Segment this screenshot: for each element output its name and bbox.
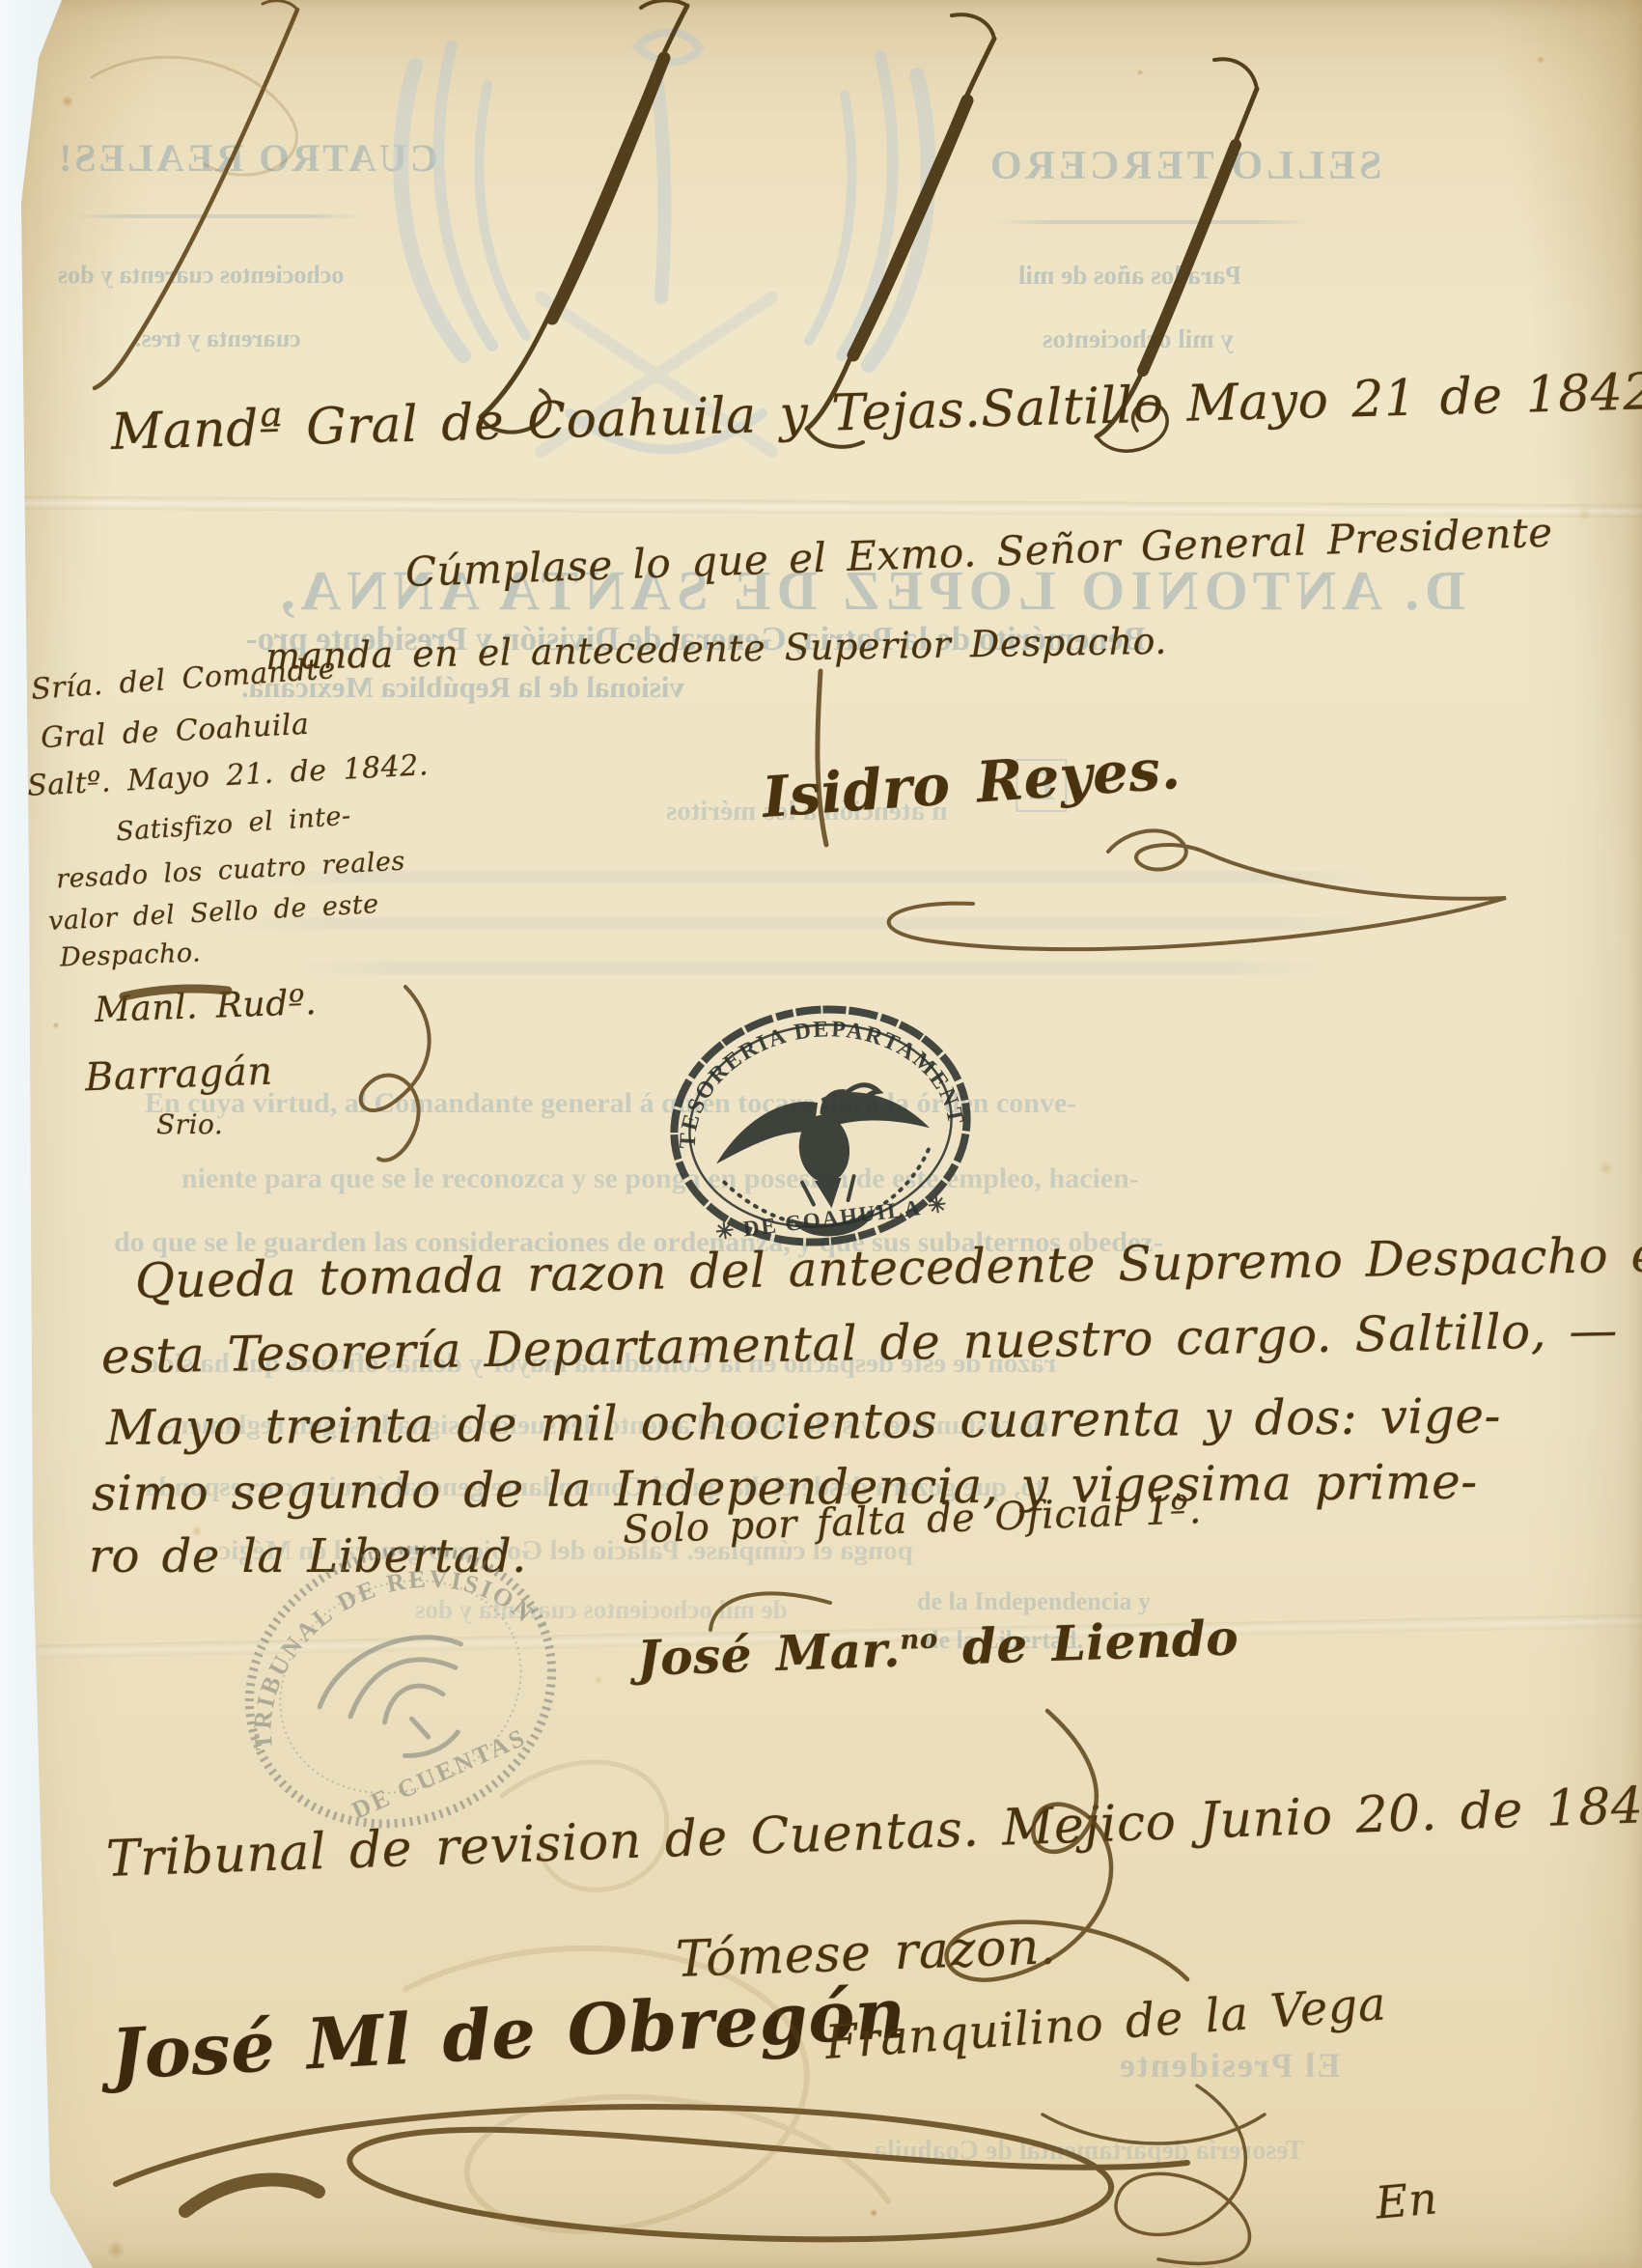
treasury-note-line-3: Mayo treinta de mil ochocientos cuarenta… bbox=[106, 1387, 1501, 1456]
scanned-document-stage: CUATRO REALES! ochocientos cuarenta y do… bbox=[0, 0, 1642, 2268]
ghost-doodle-top-left bbox=[92, 57, 296, 175]
tomese-razon-line: Tómese razon. bbox=[675, 1918, 1057, 1989]
bleedthrough-cuatro-sub2: cuarenta y tres. bbox=[135, 324, 301, 353]
tribunal-stamp-arc-text: TRIBUNAL DE REVISION bbox=[205, 1516, 549, 1759]
liendo-signature-superscript: no bbox=[900, 1623, 938, 1655]
barragan-signature-line-3: Srio. bbox=[156, 1108, 223, 1140]
bleedthrough-rule-right bbox=[994, 220, 1313, 224]
bleedthrough-sello-tercero-title: SELLO TERCERO bbox=[987, 143, 1382, 189]
barragan-signature-line-2: Barragán bbox=[84, 1050, 273, 1101]
q-descender-stroke bbox=[818, 671, 826, 845]
bleedthrough-el-presidente: El Presidente bbox=[1118, 2045, 1340, 2086]
cumplase-line-2: manda en el antecedente Superior Despach… bbox=[265, 620, 1168, 678]
pen-slash-1 bbox=[95, 1, 297, 388]
reyes-rubric bbox=[889, 830, 1506, 949]
margin-office-line-1: Sría. del Comandte bbox=[30, 652, 337, 707]
margin-fee-note-line-1: Satisfizo el inte- bbox=[115, 801, 351, 848]
underpage-independencia: de la Independencia y bbox=[917, 1587, 1151, 1616]
pen-slash-2 bbox=[481, 0, 687, 432]
bleedthrough-body-line-3: to, que gozará desde el dia que el Coman… bbox=[145, 1471, 1044, 1503]
liendo-signature: José Mar.no de Liendo bbox=[636, 1609, 1239, 1687]
header-date-handwriting: Saltillo Mayo 21 de 1842 bbox=[980, 363, 1642, 438]
bleedthrough-cuatro-reales-title: CUATRO REALES! bbox=[56, 135, 438, 181]
vega-rubric-cross bbox=[1043, 2114, 1265, 2143]
reyes-signature: Isidro Reyes. bbox=[761, 736, 1183, 830]
bleedthrough-illegible-line-3 bbox=[290, 962, 1332, 974]
bleedthrough-body-line-4: ponga el cúmplase. Palacio del Gobierno … bbox=[205, 1535, 913, 1567]
bleedthrough-treasury-ghost-line: Tesorería departamental de Coahuila bbox=[874, 2136, 1304, 2167]
mexican-eagle-snake-cactus-icon bbox=[709, 1078, 941, 1249]
margin-office-line-3: Saltº. Mayo 21. de 1842. bbox=[26, 748, 429, 803]
underpage-libertad: de la Libertad. bbox=[925, 1626, 1083, 1655]
svg-text:TRIBUNAL DE REVISION: TRIBUNAL DE REVISION bbox=[205, 1516, 549, 1759]
margin-dash-rubric bbox=[124, 989, 228, 996]
header-office-handwriting: Mandª Gral de Coahuila y Tejas. bbox=[110, 380, 982, 462]
margin-fee-note-line-3: valor del Sello de este bbox=[47, 889, 379, 937]
liendo-signature-pre: José Mar. bbox=[636, 1620, 902, 1686]
treasury-note-line-2: esta Tesorería Departamental de nuestro … bbox=[100, 1302, 1618, 1385]
bleedthrough-body-line-1: razon de este despacho en la Contaduría … bbox=[145, 1348, 1056, 1380]
bleedthrough-body-line-5: de mil ochocientos cuarenta y dos bbox=[415, 1595, 788, 1625]
fold-crease-lower bbox=[0, 1614, 1642, 1660]
pen-slash-4 bbox=[1097, 59, 1257, 451]
bleedthrough-santa-anna-sub1: Benemérito de la Patria, General de Divi… bbox=[246, 620, 1146, 658]
treasury-note-line-4: simo segundo de la Independencia, y vige… bbox=[92, 1453, 1478, 1522]
bleedthrough-santa-anna-title: D. ANTONIO LOPEZ DE SANTA ANNA, bbox=[275, 558, 1465, 623]
header-line: Mandª Gral de Coahuila y Tejas. Saltillo… bbox=[110, 367, 1501, 462]
tribunal-stamp: TRIBUNAL DE REVISION DE CUENTAS bbox=[181, 1472, 620, 1901]
cumplase-line-1: Cúmplase lo que el Exmo. Señor General P… bbox=[404, 509, 1553, 596]
oficial-note: Solo por falta de Oficial 1º. bbox=[622, 1488, 1202, 1553]
catchword-en: En bbox=[1374, 2171, 1440, 2228]
bleedthrough-sello-sub2: y mil ochocientos bbox=[1043, 324, 1234, 354]
treasury-note-line-1: Queda tomada razon del antecedente Supre… bbox=[134, 1226, 1642, 1309]
bleedthrough-illegible-line-2 bbox=[220, 917, 1388, 930]
obregon-rubric-blob bbox=[185, 2179, 319, 2211]
tribunal-stamp-bottom-text: DE CUENTAS bbox=[348, 1722, 531, 1825]
underpage-line-1: En cuya virtud, al Comandante general á … bbox=[145, 1087, 1076, 1120]
margin-fee-note-line-2: resado los cuatro reales bbox=[55, 847, 405, 895]
underpage-line-2: niente para que se le reconozca y se pon… bbox=[181, 1162, 1139, 1195]
ink-stroke-layer bbox=[0, 0, 1642, 2268]
aged-paper-sheet: CUATRO REALES! ochocientos cuarenta y do… bbox=[0, 0, 1642, 2268]
liendo-rubric bbox=[947, 1711, 1187, 1980]
barragan-rubric bbox=[361, 987, 430, 1161]
pen-slash-3 bbox=[807, 14, 994, 447]
treasury-note-line-5: ro de la Libertad. bbox=[89, 1529, 527, 1583]
fold-crease-upper bbox=[0, 496, 1642, 518]
tribunal-note-line: Tribunal de revision de Cuentas. Mejico … bbox=[105, 1776, 1642, 1889]
liendo-signature-post: de Liendo bbox=[961, 1609, 1239, 1675]
foxing-spots bbox=[0, 0, 1642, 2268]
mexican-eagle-icon bbox=[307, 1616, 495, 1786]
treasury-stamp-arc-text: TESORERIA DEPARTAMENTAL bbox=[649, 974, 968, 1161]
bleedthrough-santa-anna-sub2: visional de la República Mexicana. bbox=[241, 670, 684, 705]
margin-office-line-2: Gral de Coahuila bbox=[40, 708, 310, 756]
barragan-signature-line-1: Manl. Rudº. bbox=[94, 983, 317, 1030]
bleedthrough-sello-sub1: Para los años de mil bbox=[1018, 261, 1241, 291]
vega-signature: Franquilino de la Vega bbox=[823, 1976, 1388, 2069]
ghost-flourish-bottom-center bbox=[405, 1948, 888, 2231]
bleedthrough-illegible-line-1 bbox=[241, 871, 1380, 883]
bleedthrough-rule-left bbox=[72, 214, 362, 218]
eagle-vignette-watermark-icon bbox=[348, 8, 985, 471]
treasury-stamp: TESORERIA DEPARTAMENTAL ✳ DE COAHUILA ✳ bbox=[649, 974, 991, 1276]
obregon-signature: José Ml de Obregón bbox=[109, 1972, 908, 2095]
obregon-rubric bbox=[116, 2107, 1187, 2239]
bleedthrough-dropcap-initial: E bbox=[1016, 759, 1067, 812]
bleedthrough-cuatro-sub1: ochocientos cuarenta y dos bbox=[58, 261, 344, 290]
bleedthrough-opening-line: n atención á los méritos bbox=[666, 796, 948, 827]
vega-rubric bbox=[1116, 2086, 1249, 2263]
ghost-loop-mid bbox=[502, 1762, 667, 1890]
margin-fee-note-line-4: Despacho. bbox=[60, 938, 202, 972]
treasury-stamp-bottom-text: ✳ DE COAHUILA ✳ bbox=[714, 1192, 950, 1245]
svg-text:TESORERIA DEPARTAMENTAL: TESORERIA DEPARTAMENTAL bbox=[649, 974, 968, 1161]
underpage-line-3: do que se le guarden las consideraciones… bbox=[114, 1226, 1163, 1259]
bleedthrough-body-line-2: de costumbre, y se le forme el asiento d… bbox=[164, 1410, 1048, 1442]
oficial-rubric-arc bbox=[710, 1593, 830, 1630]
